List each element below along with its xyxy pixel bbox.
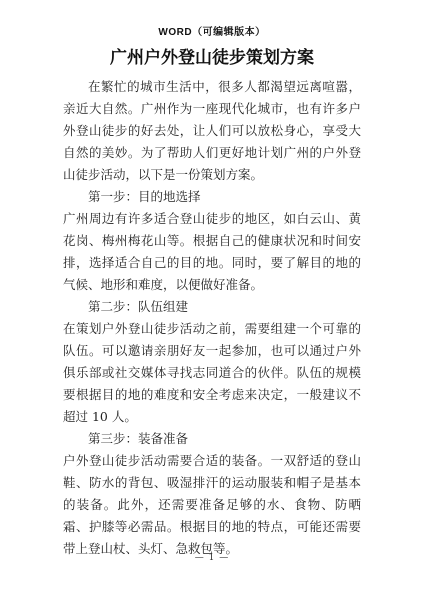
- section-body-step-3: 户外登山徒步活动需要合适的装备。一双舒适的登山鞋、防水的背包、吸湿排汗的运动服装…: [63, 450, 361, 560]
- section-heading-step-1: 第一步：目的地选择: [63, 186, 361, 208]
- section-heading-step-3: 第三步：装备准备: [63, 428, 361, 450]
- document-header-label: WORD（可编辑版本）: [63, 26, 361, 40]
- intro-paragraph: 在繁忙的城市生活中，很多人都渴望远离喧嚣，亲近大自然。广州作为一座现代化城市，也…: [63, 76, 361, 186]
- document-title: 广州户外登山徒步策划方案: [63, 45, 361, 71]
- page-number: — 1 —: [0, 552, 424, 564]
- section-heading-step-2: 第二步：队伍组建: [63, 296, 361, 318]
- section-body-step-1: 广州周边有许多适合登山徒步的地区，如白云山、黄花岗、梅州梅花山等。根据自己的健康…: [63, 208, 361, 296]
- section-body-step-2: 在策划户外登山徒步活动之前，需要组建一个可靠的队伍。可以邀请亲朋好友一起参加，也…: [63, 318, 361, 428]
- document-page: WORD（可编辑版本） 广州户外登山徒步策划方案 在繁忙的城市生活中，很多人都渴…: [0, 0, 424, 600]
